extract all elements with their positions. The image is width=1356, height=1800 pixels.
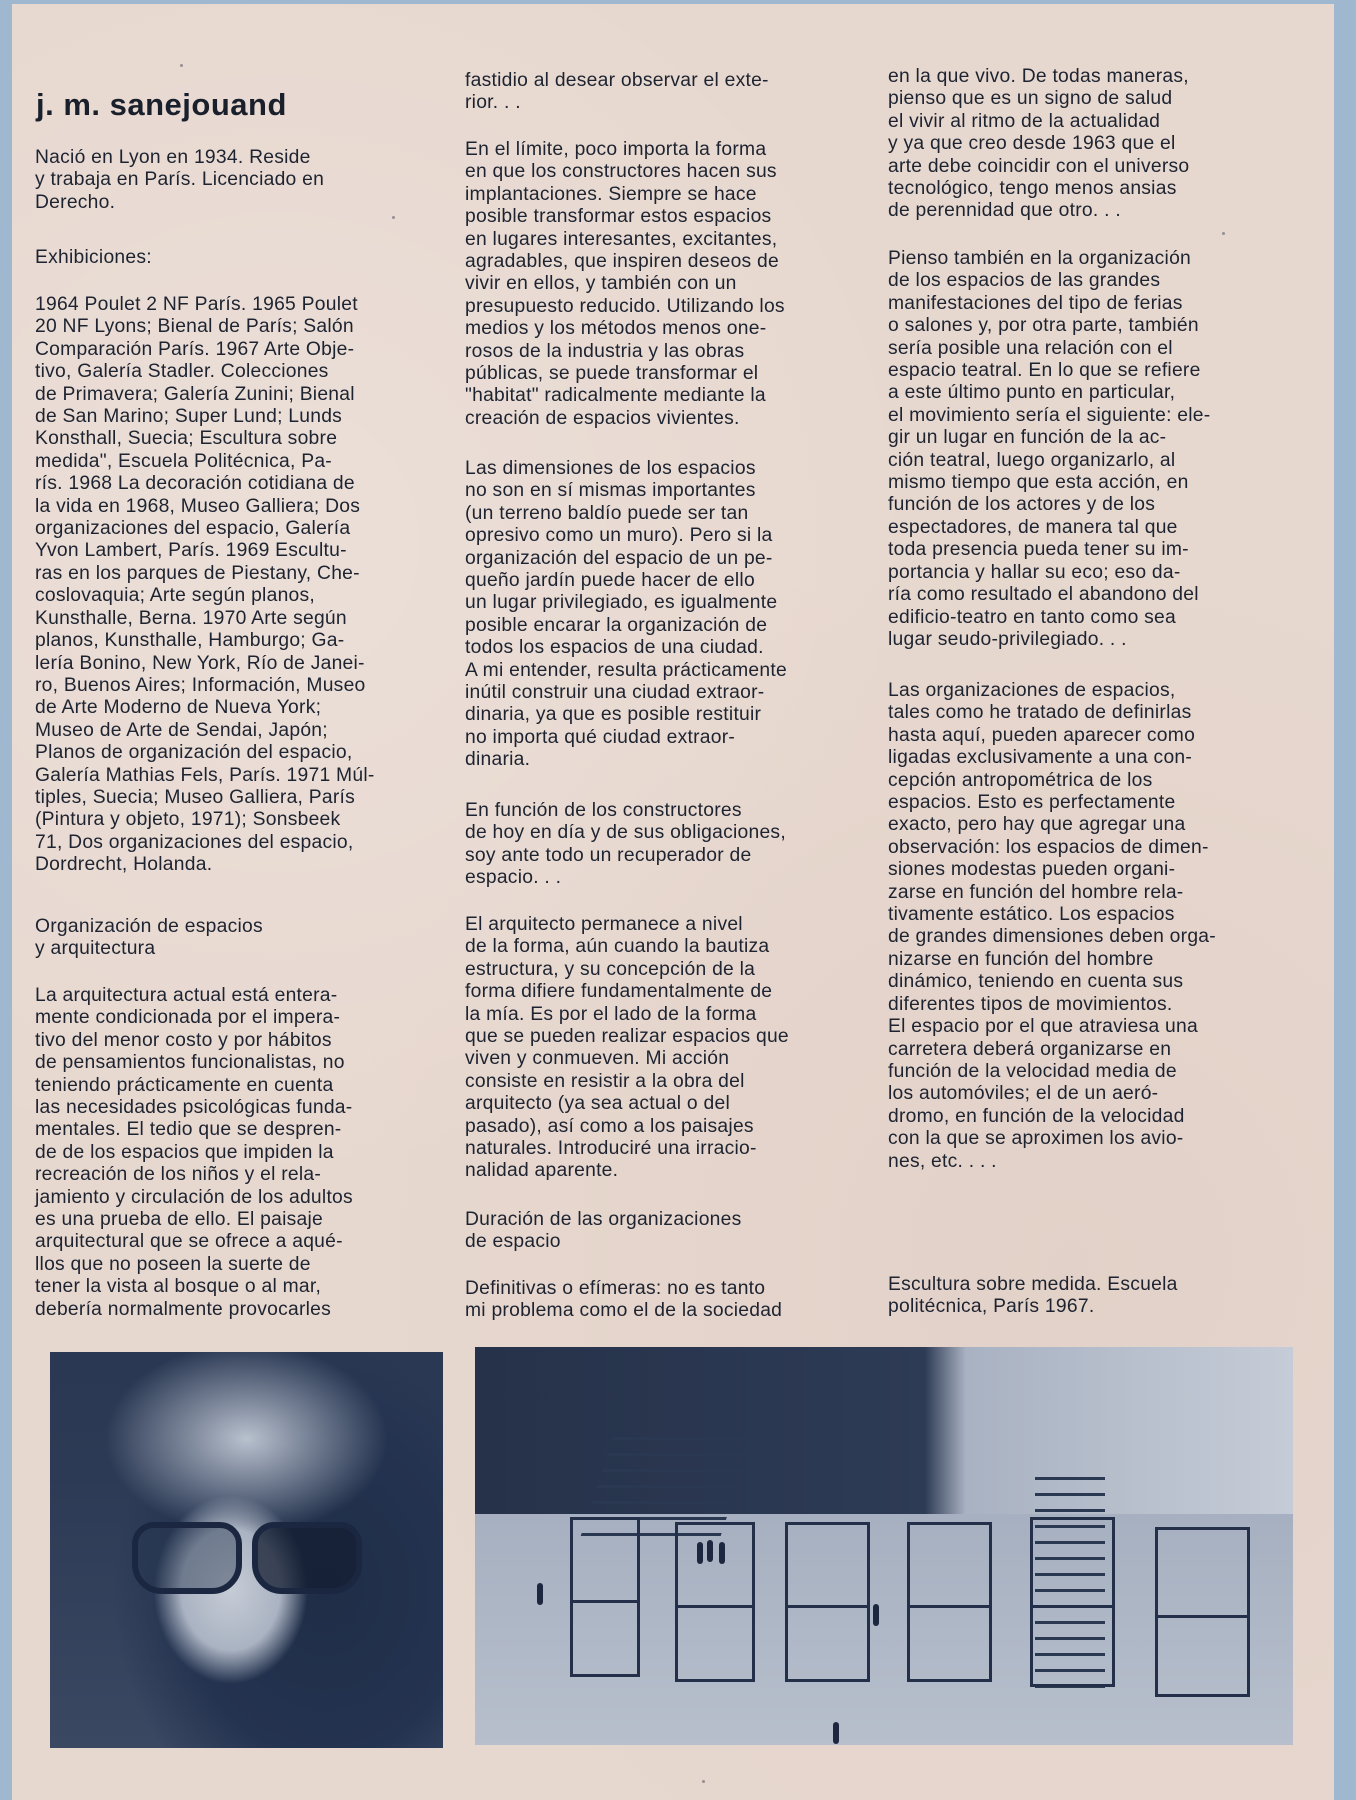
paragraph-teatral: Pienso también en la organización de los… (888, 248, 1210, 651)
pedestrian (873, 1604, 879, 1626)
paragraph-dimensiones: Las dimensiones de los espacios no son e… (465, 458, 787, 772)
frame-sculpture (785, 1522, 870, 1682)
paragraph-limite: En el límite, poco importa la forma en q… (465, 139, 785, 430)
frame-sculpture (675, 1522, 755, 1682)
paragraph-definitivas: Definitivas o efímeras: no es tanto mi p… (465, 1278, 782, 1323)
exhibitions-heading: Exhibiciones: (35, 247, 152, 269)
paragraph-organizaciones: Las organizaciones de espacios, tales co… (888, 680, 1216, 1173)
paragraph-arquitectura: La arquitectura actual está entera- ment… (35, 985, 353, 1321)
pedestrian (697, 1542, 703, 1564)
paper-speck (392, 216, 395, 219)
exhibitions-list: 1964 Poulet 2 NF París. 1965 Poulet 20 N… (35, 294, 375, 877)
frame-sculpture (570, 1517, 640, 1677)
portrait-photo (50, 1352, 443, 1748)
paper-speck (180, 64, 183, 67)
pedestrian (719, 1542, 725, 1564)
paragraph-fastidio: fastidio al desear observar el exte- rio… (465, 70, 769, 115)
column-right: en la que vivo. De todas maneras, pienso… (888, 4, 1308, 116)
frame-sculpture (1030, 1517, 1115, 1687)
paragraph-constructores: En función de los constructores de hoy e… (465, 800, 786, 890)
magazine-page: j. m. sanejouand Nació en Lyon en 1934. … (12, 4, 1334, 1800)
pedestrian (537, 1583, 543, 1605)
paper-speck (1222, 232, 1225, 235)
column-middle: fastidio al desear observar el exte- rio… (465, 4, 870, 183)
paragraph-actualidad: en la que vivo. De todas maneras, pienso… (888, 66, 1189, 223)
pedestrian (707, 1540, 713, 1562)
paragraph-arquitecto: El arquitecto permanece a nivel de la fo… (465, 914, 789, 1183)
pedestrian (833, 1722, 839, 1744)
sculpture-photo (475, 1347, 1293, 1745)
frame-sculpture (1155, 1527, 1250, 1697)
frame-sculpture (907, 1522, 992, 1682)
glasses-detail (132, 1522, 362, 1588)
section-heading-duracion: Duración de las organizaciones de espaci… (465, 1209, 742, 1254)
column-left: Nació en Lyon en 1934. Reside y trabaja … (35, 4, 435, 138)
paper-speck (702, 1780, 705, 1783)
section-heading-organizacion: Organización de espacios y arquitectura (35, 916, 263, 961)
photo-caption: Escultura sobre medida. Escuela politécn… (888, 1274, 1178, 1319)
bio-paragraph: Nació en Lyon en 1934. Reside y trabaja … (35, 147, 324, 214)
